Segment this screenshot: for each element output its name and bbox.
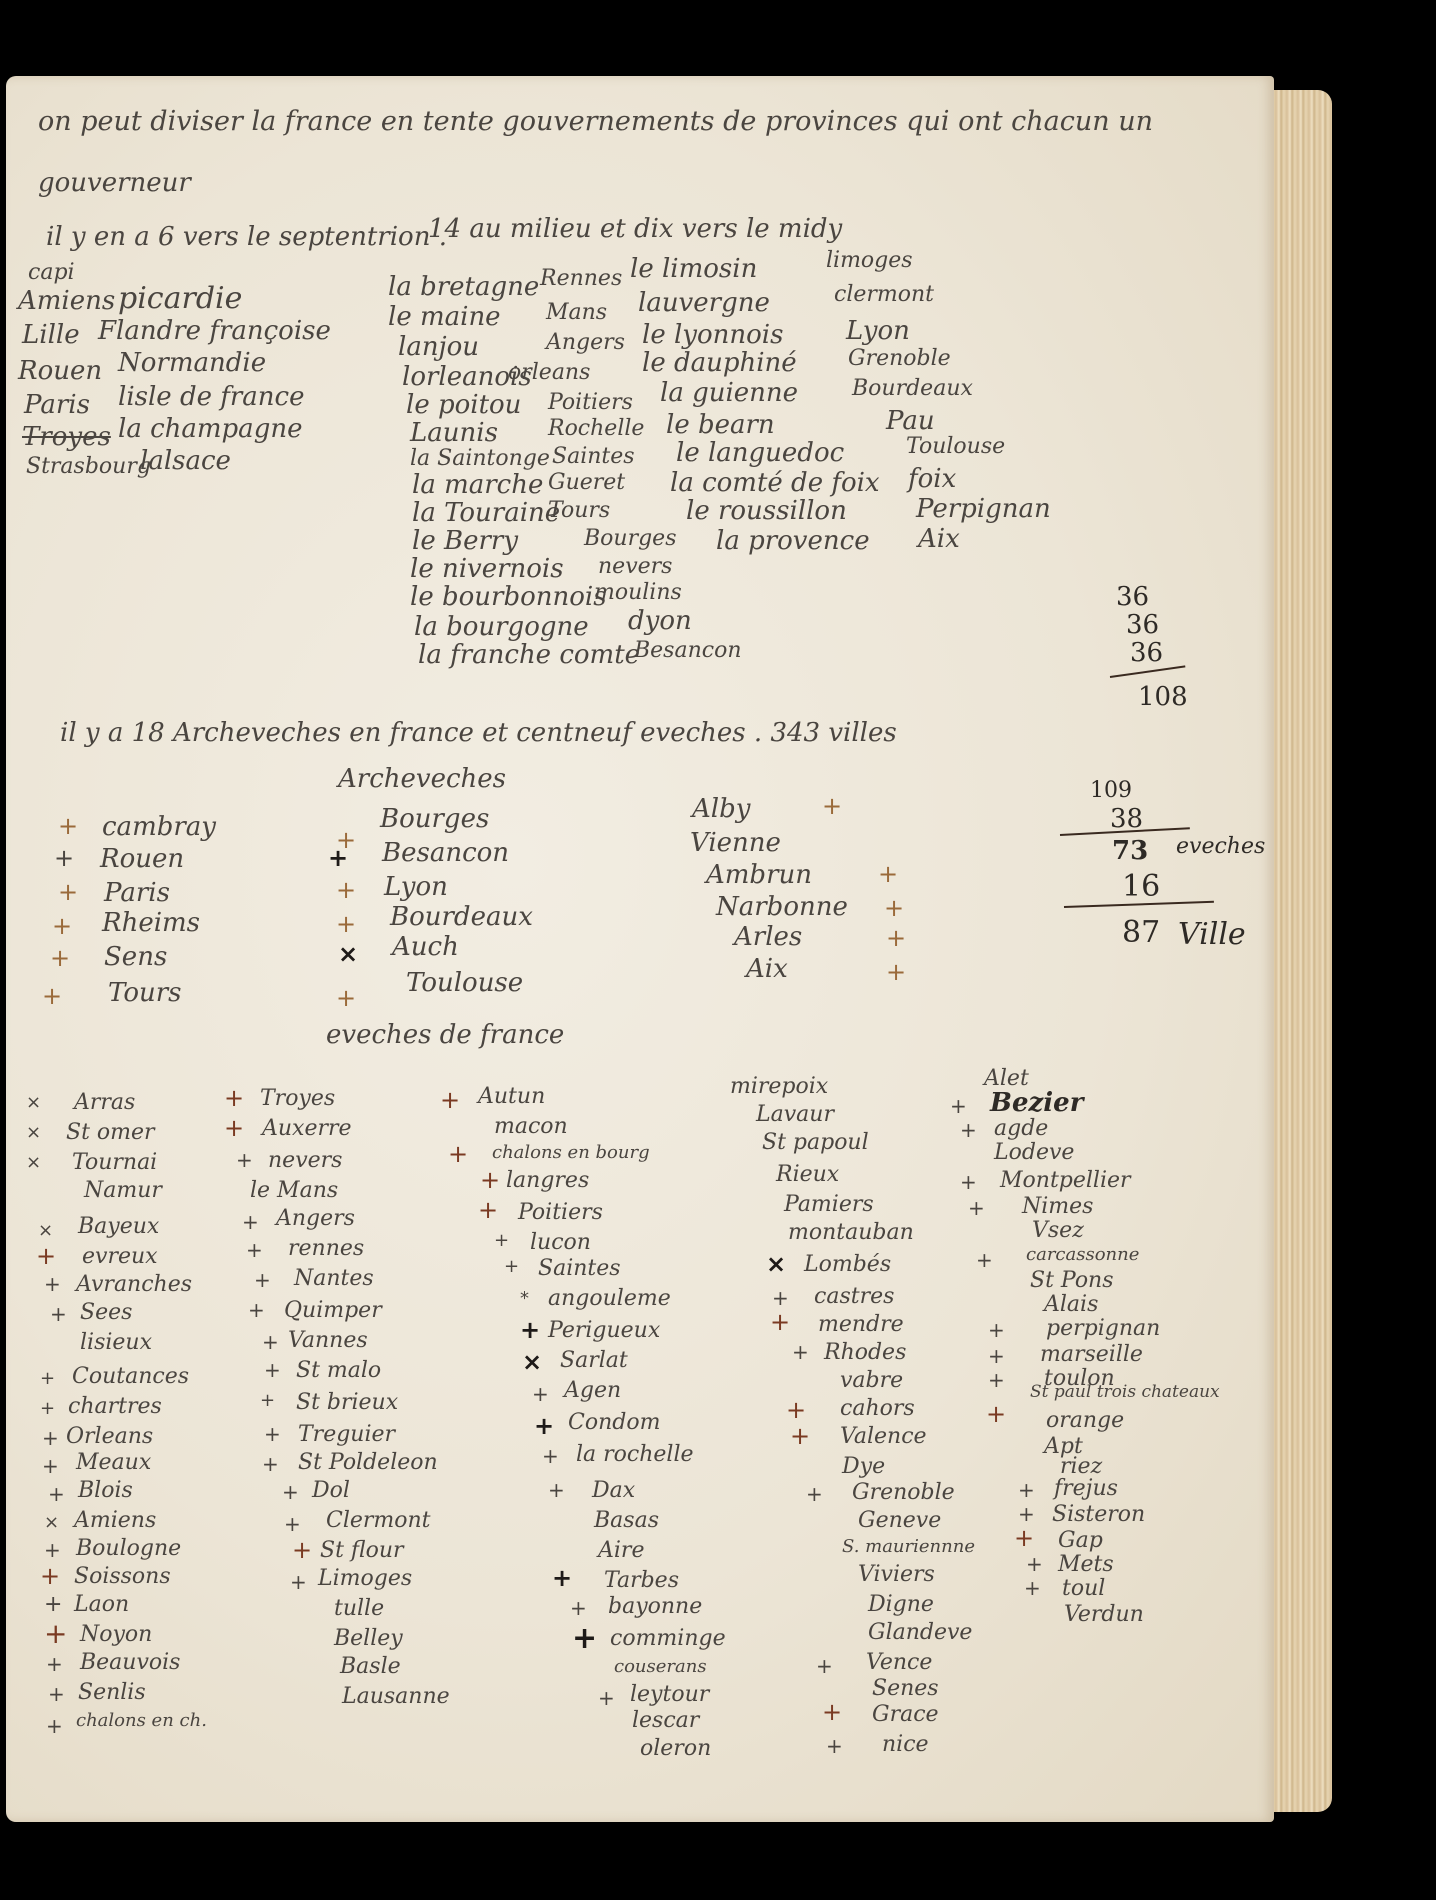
- north-city: Strasbourg: [26, 456, 151, 478]
- south-province: la comté de foix: [670, 470, 880, 496]
- bishopric: Viviers: [858, 1564, 935, 1586]
- cross-mark-icon: +: [328, 846, 348, 870]
- bishopric: Nimes: [1022, 1196, 1093, 1218]
- north-city: Paris: [24, 392, 90, 418]
- bishopric: cahors: [840, 1398, 915, 1420]
- middle-city: orleans: [508, 362, 590, 384]
- cross-mark-icon: +: [988, 1346, 1005, 1366]
- bishopric: Auxerre: [262, 1118, 352, 1140]
- bishopric: Vsez: [1032, 1220, 1084, 1242]
- bishopric: St papoul: [762, 1132, 869, 1154]
- bishopric: couserans: [614, 1658, 707, 1676]
- cross-mark-icon: +: [950, 1096, 967, 1116]
- archbishopric: Aix: [746, 956, 788, 982]
- cross-mark-icon: +: [58, 814, 78, 838]
- north-province: Flandre françoise: [98, 318, 331, 344]
- bishopric: chalons en ch.: [76, 1712, 207, 1730]
- archbishopric: Sens: [104, 944, 167, 970]
- cross-mark-icon: +: [248, 1300, 265, 1320]
- bishopric: Condom: [568, 1412, 660, 1434]
- cross-mark-icon: +: [46, 1654, 63, 1674]
- cross-mark-icon: +: [336, 878, 356, 902]
- north-province: lalsace: [140, 448, 231, 474]
- intro-line-1: on peut diviser la france en tente gouve…: [38, 108, 1153, 135]
- bishopric: orange: [1046, 1410, 1124, 1432]
- middle-province: le bourbonnois: [410, 584, 607, 610]
- intro-line-3b: 14 au milieu et dix vers le midy: [428, 216, 842, 242]
- middle-province: le poitou: [406, 392, 521, 418]
- bishopric: Alet: [984, 1068, 1029, 1090]
- cross-mark-icon: +: [264, 1424, 281, 1444]
- cross-mark-icon: +: [790, 1424, 810, 1448]
- bishopric: Pamiers: [784, 1194, 874, 1216]
- middle-city: nevers: [598, 556, 672, 578]
- south-province: le languedoc: [676, 440, 844, 466]
- sum-value: 38: [1110, 806, 1143, 832]
- bishopric: comminge: [610, 1628, 726, 1650]
- bishopric: frejus: [1054, 1478, 1118, 1500]
- cross-mark-icon: +: [44, 1274, 61, 1294]
- bishopric: Avranches: [76, 1274, 192, 1296]
- cross-mark-icon: +: [822, 794, 842, 818]
- middle-province: lanjou: [398, 334, 479, 360]
- bishopric: Noyon: [80, 1624, 152, 1646]
- cross-mark-icon: +: [262, 1332, 279, 1352]
- archbishopric: Arles: [734, 924, 802, 950]
- middle-province: le Berry: [412, 528, 518, 554]
- bishopric: Grenoble: [852, 1482, 955, 1504]
- bishopric: castres: [814, 1286, 894, 1308]
- bishopric: mendre: [818, 1314, 904, 1336]
- intro-line-3a: il y en a 6 vers le septentrion .: [46, 224, 447, 250]
- cross-mark-icon: +: [960, 1120, 977, 1140]
- cross-mark-icon: +: [40, 1564, 60, 1588]
- south-province: le roussillon: [686, 498, 847, 524]
- cross-mark-icon: +: [264, 1360, 281, 1380]
- sum-value: 36: [1116, 584, 1149, 610]
- archbishopric: Tours: [108, 980, 182, 1006]
- cross-mark-icon: +: [246, 1240, 263, 1260]
- cross-mark-icon: ×: [26, 1154, 41, 1172]
- bishopric: vabre: [840, 1370, 903, 1392]
- bishopric: oleron: [640, 1738, 711, 1760]
- sum-value: 36: [1126, 612, 1159, 638]
- cross-mark-icon: +: [884, 896, 904, 920]
- bishopric: Basle: [340, 1656, 401, 1678]
- bishopric: Senes: [872, 1678, 939, 1700]
- cross-mark-icon: +: [336, 986, 356, 1010]
- bishopric: evreux: [82, 1246, 158, 1268]
- bishopric: Tournai: [72, 1152, 157, 1174]
- cross-mark-icon: +: [1024, 1578, 1041, 1598]
- cross-mark-icon: +: [988, 1370, 1005, 1390]
- south-province: le lyonnois: [642, 322, 783, 348]
- bishopric: St Pons: [1030, 1270, 1114, 1292]
- bishopric: toul: [1062, 1578, 1105, 1600]
- cross-mark-icon: +: [58, 880, 78, 904]
- south-city: Perpignan: [916, 496, 1051, 522]
- bishopric: Aire: [598, 1540, 644, 1562]
- cross-mark-icon: +: [1014, 1526, 1034, 1550]
- south-province: la provence: [716, 528, 870, 554]
- bishopric: la rochelle: [576, 1444, 694, 1466]
- south-province: le bearn: [666, 412, 775, 438]
- cross-mark-icon: +: [44, 1620, 67, 1648]
- cross-mark-icon: +: [284, 1514, 301, 1534]
- north-city: Amiens: [18, 288, 115, 314]
- bishopric: Beauvois: [80, 1652, 180, 1674]
- cross-mark-icon: +: [52, 914, 72, 938]
- cross-mark-icon: +: [988, 1320, 1005, 1340]
- cross-mark-icon: +: [886, 926, 906, 950]
- middle-city: Poitiers: [548, 392, 633, 414]
- cross-mark-icon: +: [494, 1232, 509, 1250]
- intro-line-2: gouverneur: [38, 170, 191, 196]
- bishopric: Glandeve: [868, 1622, 972, 1644]
- middle-province: la bretagne: [388, 274, 539, 300]
- south-province: lauvergne: [638, 290, 770, 316]
- north-city: Rouen: [18, 358, 102, 384]
- bishopric: Tarbes: [604, 1570, 679, 1592]
- bishopric: Grace: [872, 1704, 939, 1726]
- bishopric: angouleme: [548, 1288, 671, 1310]
- archbishopric: Rheims: [102, 910, 200, 936]
- cross-mark-icon: +: [598, 1688, 615, 1708]
- archbishopric: Alby: [692, 796, 750, 822]
- north-city: Troyes: [22, 424, 111, 450]
- bishopric: Treguier: [298, 1424, 395, 1446]
- middle-province: le nivernois: [410, 556, 564, 582]
- cross-mark-icon: ×: [522, 1350, 542, 1374]
- bishopric: marseille: [1040, 1344, 1143, 1366]
- archbishopric: Lyon: [384, 874, 448, 900]
- sum-total: 108: [1138, 684, 1188, 710]
- cross-mark-icon: +: [42, 1456, 59, 1476]
- cross-mark-icon: +: [242, 1212, 259, 1232]
- bishopric: Digne: [868, 1594, 934, 1616]
- bishopric: St flour: [320, 1540, 404, 1562]
- cross-mark-icon: +: [534, 1414, 554, 1438]
- bishopric: Verdun: [1064, 1604, 1144, 1626]
- north-city: Lille: [22, 322, 80, 348]
- cross-mark-icon: +: [54, 846, 74, 870]
- bishopric: Dol: [312, 1480, 350, 1502]
- cross-mark-icon: +: [48, 1684, 65, 1704]
- cross-mark-icon: +: [262, 1454, 279, 1474]
- bishopric: nevers: [268, 1150, 342, 1172]
- cross-mark-icon: ×: [26, 1124, 41, 1142]
- bishopric: rennes: [288, 1238, 364, 1260]
- bishopric: Senlis: [78, 1682, 146, 1704]
- cross-mark-icon: ×: [38, 1222, 53, 1240]
- cross-mark-icon: +: [770, 1310, 790, 1334]
- cross-mark-icon: +: [786, 1398, 806, 1422]
- archbishopric: Toulouse: [406, 970, 523, 996]
- bishopric: bayonne: [608, 1596, 702, 1618]
- archeveches-title: Archeveches: [338, 766, 506, 792]
- cross-mark-icon: +: [48, 1484, 65, 1504]
- cross-mark-icon: +: [36, 1244, 56, 1268]
- bishopric: Lodeve: [994, 1142, 1074, 1164]
- south-city: foix: [908, 466, 956, 492]
- cross-mark-icon: +: [290, 1572, 307, 1592]
- middle-province: le maine: [388, 304, 501, 330]
- bishopric: S. mauriennne: [842, 1538, 975, 1556]
- bishopric: Alais: [1044, 1294, 1098, 1316]
- cross-mark-icon: +: [504, 1258, 519, 1276]
- bishopric: Bayeux: [78, 1216, 159, 1238]
- bishopric: Belley: [334, 1628, 403, 1650]
- archbishopric: cambray: [102, 814, 216, 840]
- archbishopric: Besancon: [382, 840, 509, 866]
- cross-mark-icon: +: [826, 1736, 843, 1756]
- bishopric: Valence: [840, 1426, 927, 1448]
- middle-city: Besancon: [634, 640, 742, 662]
- south-city: limoges: [826, 250, 913, 272]
- cross-mark-icon: +: [50, 1304, 67, 1324]
- cross-mark-icon: +: [236, 1150, 253, 1170]
- bishopric: macon: [494, 1116, 568, 1138]
- archbishopric: Vienne: [690, 830, 781, 856]
- cross-mark-icon: +: [254, 1270, 271, 1290]
- middle-city: Bourges: [584, 528, 677, 550]
- bishopric: Lombés: [804, 1254, 891, 1276]
- cross-mark-icon: +: [1018, 1504, 1035, 1524]
- bishopric: Lavaur: [756, 1104, 834, 1126]
- archbishopric: Ambrun: [706, 862, 812, 888]
- bishopric: lucon: [530, 1232, 591, 1254]
- bishopric: Laon: [74, 1594, 129, 1616]
- middle-city: dyon: [628, 608, 692, 634]
- middle-city: Saintes: [552, 446, 635, 468]
- cross-mark-icon: +: [480, 1168, 500, 1192]
- sum-value: 73: [1112, 838, 1148, 864]
- bishopric: Rieux: [776, 1164, 839, 1186]
- bishopric: lisieux: [80, 1332, 152, 1354]
- bishopric: Blois: [78, 1480, 133, 1502]
- south-city: Aix: [918, 526, 960, 552]
- south-province: le dauphiné: [642, 350, 797, 376]
- south-province: la guienne: [660, 380, 798, 406]
- bishopric: St omer: [66, 1122, 155, 1144]
- bishopric: Lausanne: [342, 1686, 450, 1708]
- bishopric: Gap: [1058, 1530, 1103, 1552]
- bishopric: lescar: [632, 1710, 699, 1732]
- bishopric: Sees: [80, 1302, 132, 1324]
- bishopric: Quimper: [284, 1300, 382, 1322]
- eveches-title: eveches de france: [326, 1022, 564, 1048]
- north-province: lisle de france: [118, 384, 304, 410]
- bishopric: Rhodes: [824, 1342, 906, 1364]
- sum-value: 16: [1122, 872, 1160, 902]
- cross-mark-icon: +: [42, 984, 62, 1008]
- bishopric: Orleans: [66, 1426, 153, 1448]
- middle-city: Rennes: [540, 268, 622, 290]
- bishopric: chartres: [68, 1396, 162, 1418]
- cross-mark-icon: +: [822, 1700, 842, 1724]
- archbishopric: Rouen: [100, 846, 184, 872]
- bishopric: St malo: [296, 1360, 381, 1382]
- cross-mark-icon: +: [44, 1594, 62, 1616]
- cross-mark-icon: +: [292, 1538, 312, 1562]
- bishopric: Sarlat: [560, 1350, 628, 1372]
- cross-mark-icon: +: [40, 1370, 55, 1388]
- bishopric: montauban: [788, 1222, 914, 1244]
- cross-mark-icon: +: [448, 1142, 468, 1166]
- middle-province: la marche: [412, 472, 543, 498]
- cross-mark-icon: +: [224, 1086, 244, 1110]
- cross-mark-icon: +: [806, 1484, 823, 1504]
- sum-label: eveches: [1176, 836, 1265, 858]
- cross-mark-icon: +: [968, 1198, 985, 1218]
- bishopric: Soissons: [74, 1566, 171, 1588]
- north-province: Normandie: [118, 350, 266, 376]
- middle-province: Launis: [410, 420, 498, 446]
- cross-mark-icon: ×: [338, 942, 358, 966]
- bishopric: St brieux: [296, 1392, 398, 1414]
- bishopric: Sisteron: [1052, 1504, 1145, 1526]
- bishopric: Agen: [564, 1380, 621, 1402]
- cross-mark-icon: +: [976, 1250, 993, 1270]
- cross-mark-icon: +: [336, 912, 356, 936]
- bishopric: Perigueux: [548, 1320, 660, 1342]
- cross-mark-icon: +: [42, 1428, 59, 1448]
- bishopric: Meaux: [76, 1452, 151, 1474]
- bishopric: Amiens: [74, 1510, 156, 1532]
- bishopric: Arras: [74, 1092, 135, 1114]
- middle-city: Mans: [546, 302, 607, 324]
- south-city: Bourdeaux: [852, 378, 973, 400]
- bishopric: Geneve: [858, 1510, 941, 1532]
- bishopric: Autun: [478, 1086, 545, 1108]
- archeveches-heading: il y a 18 Archeveches en france et centn…: [60, 720, 897, 746]
- cross-mark-icon: +: [1018, 1480, 1035, 1500]
- cross-mark-icon: ×: [26, 1094, 41, 1112]
- bishopric: Limoges: [318, 1568, 412, 1590]
- cross-mark-icon: +: [40, 1400, 55, 1418]
- cross-mark-icon: ×: [44, 1514, 59, 1532]
- cross-mark-icon: ×: [766, 1252, 786, 1276]
- cross-mark-icon: +: [532, 1384, 549, 1404]
- middle-city: Gueret: [548, 472, 625, 494]
- bishopric: Basas: [594, 1510, 659, 1532]
- middle-province: la Saintonge: [410, 448, 550, 470]
- cross-mark-icon: +: [224, 1116, 244, 1140]
- bishopric: St Poldeleon: [298, 1452, 438, 1474]
- middle-province: la franche comte: [418, 642, 640, 668]
- cross-mark-icon: +: [792, 1342, 809, 1362]
- cross-mark-icon: +: [50, 946, 70, 970]
- bishopric: riez: [1060, 1456, 1102, 1478]
- north-province: la champagne: [118, 416, 302, 442]
- archbishopric: Bourges: [380, 806, 489, 832]
- cross-mark-icon: +: [552, 1566, 572, 1590]
- south-city: Lyon: [846, 318, 910, 344]
- south-province: le limosin: [630, 256, 757, 282]
- bishopric: nice: [882, 1734, 929, 1756]
- middle-city: Rochelle: [548, 418, 644, 440]
- cross-mark-icon: +: [986, 1402, 1006, 1426]
- bishopric: Vannes: [288, 1330, 368, 1352]
- north-province: picardie: [118, 284, 242, 314]
- archbishopric: Bourdeaux: [390, 904, 533, 930]
- bishopric: Dye: [842, 1456, 885, 1478]
- middle-province: la bourgogne: [414, 614, 589, 640]
- south-city: clermont: [834, 284, 934, 306]
- bishopric: le Mans: [250, 1180, 338, 1202]
- middle-city: Angers: [546, 332, 625, 354]
- cross-mark-icon: +: [886, 960, 906, 984]
- bishopric: Bezier: [990, 1090, 1083, 1116]
- bishopric: Troyes: [260, 1088, 335, 1110]
- cross-mark-icon: +: [1026, 1554, 1043, 1574]
- cross-mark-icon: *: [520, 1290, 529, 1308]
- middle-city: Tours: [548, 500, 610, 522]
- cross-mark-icon: +: [478, 1198, 498, 1222]
- sum-value: 36: [1130, 640, 1163, 666]
- cross-mark-icon: +: [772, 1288, 789, 1308]
- middle-province: la Touraine: [412, 500, 560, 526]
- sum-label: Ville: [1178, 920, 1246, 950]
- south-city: Toulouse: [906, 436, 1005, 458]
- bishopric: agde: [994, 1118, 1048, 1140]
- bishopric: Poitiers: [518, 1202, 603, 1224]
- cross-mark-icon: +: [572, 1624, 597, 1654]
- cross-mark-icon: +: [570, 1598, 587, 1618]
- bishopric: Angers: [276, 1208, 355, 1230]
- bishopric: Clermont: [326, 1510, 431, 1532]
- bishopric: Coutances: [72, 1366, 189, 1388]
- bishopric: Vence: [866, 1652, 932, 1674]
- sum-total: 87: [1122, 918, 1160, 948]
- bishopric: Mets: [1058, 1554, 1114, 1576]
- cross-mark-icon: +: [816, 1656, 833, 1676]
- south-city: Grenoble: [848, 348, 951, 370]
- middle-city: moulins: [594, 582, 682, 604]
- cross-mark-icon: +: [44, 1540, 61, 1560]
- south-city: Pau: [886, 408, 935, 434]
- cross-mark-icon: +: [548, 1480, 565, 1500]
- bishopric: St paul trois chateaux: [1030, 1384, 1220, 1401]
- bishopric: perpignan: [1046, 1318, 1160, 1340]
- bishopric: Dax: [592, 1480, 635, 1502]
- bishopric: chalons en bourg: [492, 1144, 650, 1162]
- bishopric: leytour: [630, 1684, 709, 1706]
- cross-mark-icon: +: [542, 1446, 559, 1466]
- bishopric: Saintes: [538, 1258, 621, 1280]
- cross-mark-icon: +: [878, 862, 898, 886]
- capitals-label: capi: [28, 262, 75, 284]
- archbishopric: Narbonne: [716, 894, 848, 920]
- cross-mark-icon: +: [282, 1482, 299, 1502]
- sum-value: 109: [1090, 780, 1132, 802]
- cross-mark-icon: +: [960, 1172, 977, 1192]
- bishopric: carcassonne: [1026, 1246, 1139, 1264]
- bishopric: Boulogne: [76, 1538, 181, 1560]
- bishopric: Montpellier: [1000, 1170, 1131, 1192]
- bishopric: Nantes: [294, 1268, 374, 1290]
- cross-mark-icon: +: [520, 1318, 540, 1342]
- cross-mark-icon: +: [46, 1716, 63, 1736]
- archbishopric: Auch: [392, 934, 459, 960]
- bishopric: Namur: [84, 1180, 162, 1202]
- bishopric: mirepoix: [730, 1076, 828, 1098]
- bishopric: langres: [506, 1170, 589, 1192]
- cross-mark-icon: +: [260, 1392, 275, 1410]
- archbishopric: Paris: [104, 880, 170, 906]
- bishopric: tulle: [334, 1598, 384, 1620]
- cross-mark-icon: +: [440, 1088, 460, 1112]
